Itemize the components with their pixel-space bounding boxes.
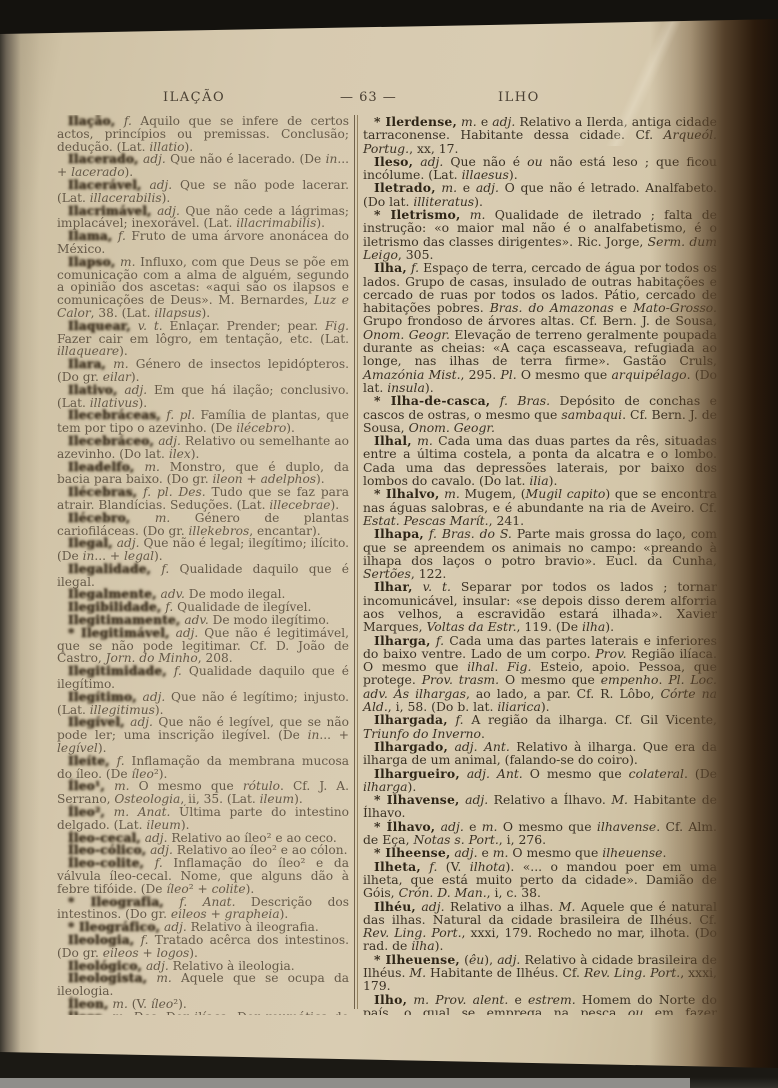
entry-headword: Ilacerável, — [68, 178, 142, 192]
left-column: Ilação, f. Aquilo que se infere de certo… — [57, 115, 349, 1015]
entry-headword: Ilegível, — [68, 715, 125, 729]
paper-crease — [520, 16, 770, 146]
dictionary-entry: Ilama, f. Fruto de uma árvore anonácea d… — [57, 230, 349, 256]
entry-headword: Íleo², — [68, 805, 105, 819]
scanner-bed-strip — [0, 1078, 690, 1088]
dictionary-entry: Ilegitimidade, f. Qualidade daquilo que … — [57, 665, 349, 691]
header-page-number: — 63 — — [340, 90, 397, 105]
dictionary-entry: * Ilegitimável, adj. Que não é legitimáv… — [57, 627, 349, 665]
dictionary-entry: Íleo², m. Anat. Última parte do intestin… — [57, 806, 349, 832]
entry-headword: Íleo¹, — [68, 779, 105, 793]
dictionary-entry: Ilação, f. Aquilo que se infere de certo… — [57, 115, 349, 153]
entry-headword: Ilação, — [68, 115, 115, 128]
dictionary-entry: Ileologista, m. Aquele que se ocupa da i… — [57, 972, 349, 998]
entry-headword: * Ilegitimável, — [68, 626, 170, 640]
fore-edge-shadow — [650, 0, 778, 1088]
entry-headword: Ilacrimável, — [68, 204, 152, 218]
entry-headword: Íleo-colite, — [68, 856, 144, 870]
book-page-scan: ILAÇÃO — 63 — ILHO Ilação, f. Aquilo que… — [0, 0, 778, 1088]
dictionary-entry: * Ileografia, f. Anat. Descrição dos int… — [57, 896, 349, 922]
entry-headword: Ilegítimo, — [68, 690, 137, 704]
entry-headword: Ilegitimidade, — [68, 664, 167, 678]
dictionary-entry: Ilécebras, f. pl. Des. Tudo que se faz p… — [57, 486, 349, 512]
entry-headword: Ilegal, — [68, 536, 113, 550]
entry-headword: Ilecebráceas, — [68, 408, 161, 422]
dictionary-entry: Ilara, m. Género de insectos lepidóptero… — [57, 358, 349, 384]
dictionary-entry: Ilacerável, adj. Que se não pode lacerar… — [57, 179, 349, 205]
entry-headword: Ilativo, — [68, 383, 118, 397]
dictionary-entry: Íleo¹, m. O mesmo que rótulo. Cf. J. A. … — [57, 780, 349, 806]
entry-headword: Ilama, — [68, 229, 112, 243]
dictionary-entry: Íleo-colite, f. Inflamação do íleo² e da… — [57, 857, 349, 895]
text-columns: Ilação, f. Aquilo que se infere de certo… — [57, 115, 717, 1015]
dictionary-entry: Íleos, m. Des. Dor ilíaca. Dor reumática… — [57, 1011, 349, 1015]
dictionary-entry: Ilacrimável, adj. Que não cede a lágrima… — [57, 205, 349, 231]
entry-headword: Ileologia, — [68, 933, 134, 947]
header-guide-word-left: ILAÇÃO — [163, 90, 225, 105]
dictionary-entry: Ilapso, m. Influxo, com que Deus se põe … — [57, 256, 349, 320]
entry-headword: Ilecebráceo, — [68, 434, 154, 448]
dictionary-entry: Ilacerado, adj. Que não é lacerado. (De … — [57, 153, 349, 179]
entry-headword: Ilegalidade, — [68, 562, 151, 576]
dictionary-entry: Ilativo, adj. Em que há ilação; conclusi… — [57, 384, 349, 410]
entry-headword: Ilapso, — [68, 255, 115, 269]
entry-headword: Ileíte, — [68, 754, 110, 768]
entry-headword: Ilaquear, — [68, 319, 131, 333]
binding-gutter-shadow — [0, 0, 40, 1088]
dictionary-entry: Ilegítimo, adj. Que não é legítimo; inju… — [57, 691, 349, 717]
column-divider-rule — [354, 115, 358, 1009]
dictionary-entry: Ilegal, adj. Que não é legal; ilegítimo;… — [57, 537, 349, 563]
entry-headword: Ilécebras, — [68, 485, 137, 499]
entry-headword: Ilécebro, — [68, 511, 130, 525]
entry-headword: Ilegitimamente, — [68, 613, 180, 627]
dictionary-entry: Ileadelfo, m. Monstro, que é duplo, da b… — [57, 461, 349, 487]
entry-headword: Íleon, — [68, 997, 109, 1011]
entry-headword: Íleos, — [68, 1010, 107, 1015]
dictionary-entry: Ilecebráceo, adj. Relativo ou semelhante… — [57, 435, 349, 461]
entry-headword: * Ileografia, — [68, 895, 164, 909]
dictionary-entry: Ileíte, f. Inflamação da membrana mucosa… — [57, 755, 349, 781]
dictionary-entry: Ilegalidade, f. Qualidade daquilo que é … — [57, 563, 349, 589]
dictionary-entry: Ilaquear, v. t. Enlaçar. Prender; pear. … — [57, 320, 349, 358]
entry-headword: Ilacerado, — [68, 152, 139, 166]
entry-headword: Ileadelfo, — [68, 460, 135, 474]
dictionary-entry: Ilécebro, m. Género de plantas cariofilá… — [57, 512, 349, 538]
dictionary-entry: Ilecebráceas, f. pl. Família de plantas,… — [57, 409, 349, 435]
dictionary-entry: Ileologia, f. Tratado acêrca dos intesti… — [57, 934, 349, 960]
entry-headword: Ilara, — [68, 357, 106, 371]
dictionary-entry: Ilegível, adj. Que não é legível, que se… — [57, 716, 349, 754]
entry-headword: Ileologista, — [68, 971, 147, 985]
